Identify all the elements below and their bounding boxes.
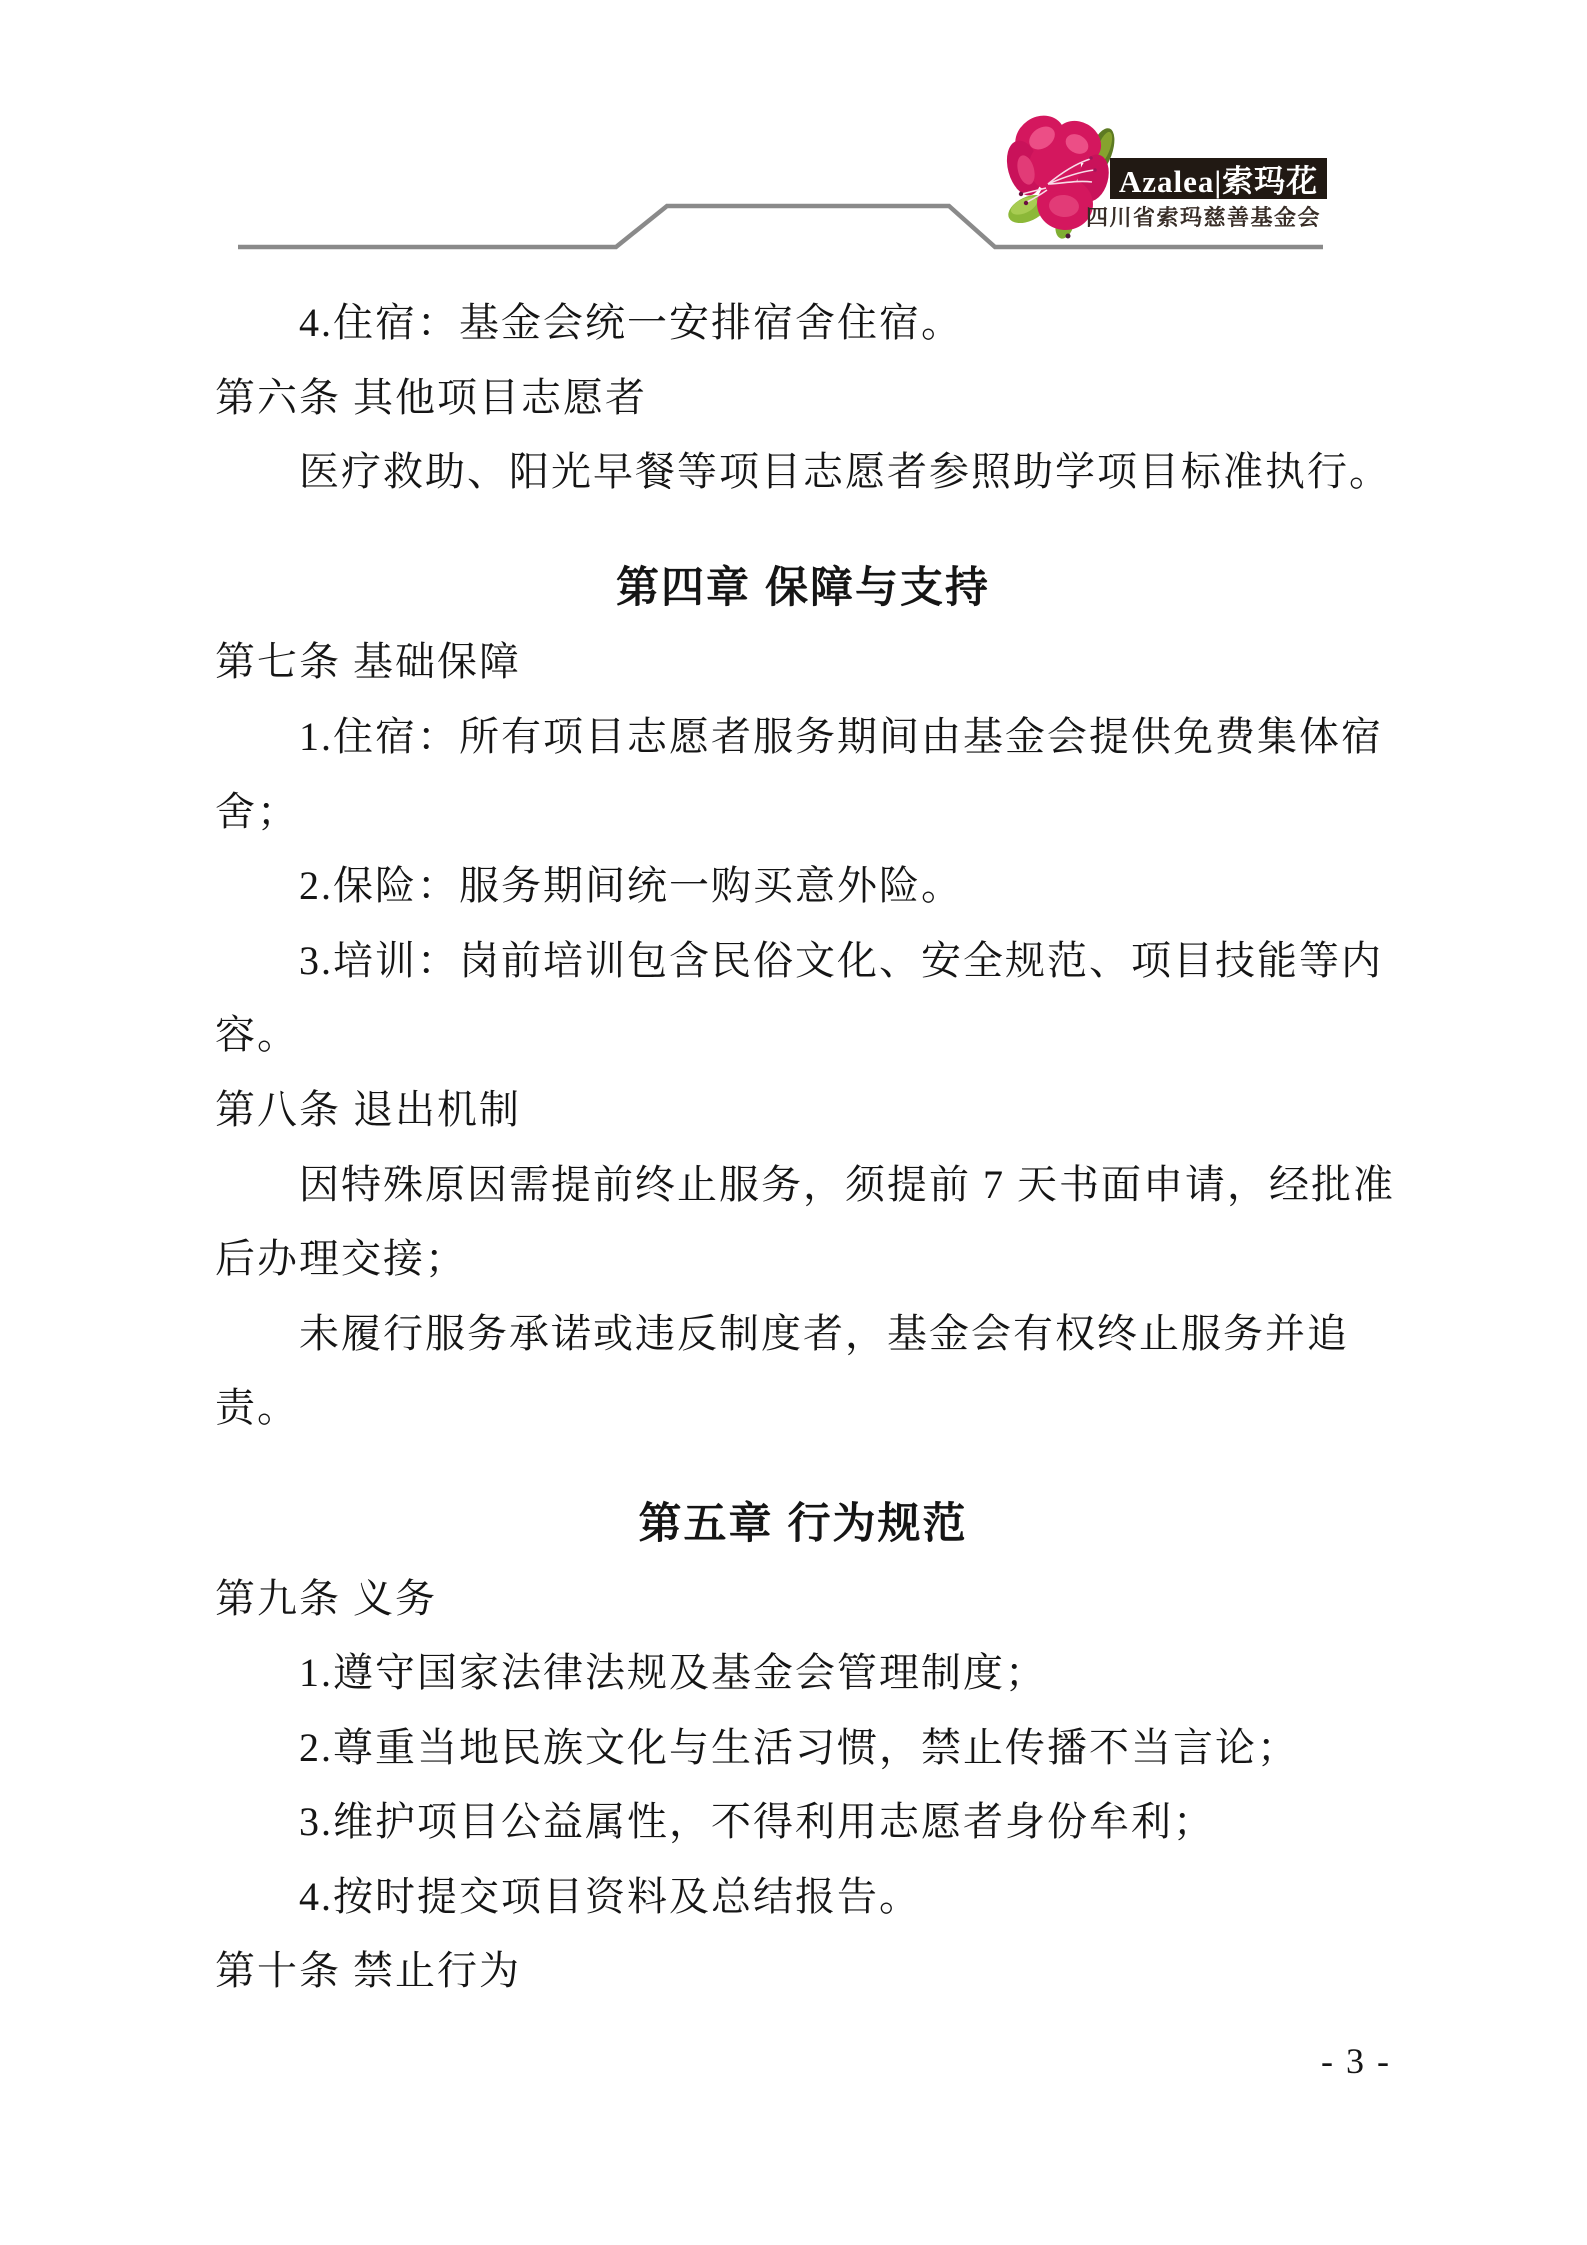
body-line: 医疗救助、阳光早餐等项目志愿者参照助学项目标准执行。 xyxy=(215,435,1391,510)
article-heading: 第六条 其他项目志愿者 xyxy=(215,361,1391,436)
document-body: 4.住宿：基金会统一安排宿舍住宿。 第六条 其他项目志愿者 医疗救助、阳光早餐等… xyxy=(215,286,1391,2009)
body-line: 舍； xyxy=(215,775,1391,850)
body-line: 未履行服务承诺或违反制度者，基金会有权终止服务并追 xyxy=(215,1297,1391,1372)
body-line: 1.遵守国家法律法规及基金会管理制度； xyxy=(215,1636,1391,1711)
body-line: 3.培训：岗前培训包含民俗文化、安全规范、项目技能等内 xyxy=(215,924,1391,999)
body-line: 责。 xyxy=(215,1371,1391,1446)
body-line: 容。 xyxy=(215,998,1391,1073)
article-heading: 第八条 退出机制 xyxy=(215,1073,1391,1148)
chapter-heading: 第五章 行为规范 xyxy=(215,1487,1391,1562)
document-page: Azalea|索玛花 四川省索玛慈善基金会 4.住宿：基金会统一安排宿舍住宿。 … xyxy=(0,0,1587,2245)
body-line: 2.保险：服务期间统一购买意外险。 xyxy=(215,849,1391,924)
logo-brand-text: Azalea|索玛花 xyxy=(1119,156,1318,201)
body-line: 4.住宿：基金会统一安排宿舍住宿。 xyxy=(215,286,1391,361)
body-line: 4.按时提交项目资料及总结报告。 xyxy=(215,1860,1391,1935)
body-line: 2.尊重当地民族文化与生活习惯，禁止传播不当言论； xyxy=(215,1711,1391,1786)
logo-org-name: 四川省索玛慈善基金会 xyxy=(1086,201,1326,232)
body-line: 3.维护项目公益属性，不得利用志愿者身份牟利； xyxy=(215,1785,1391,1860)
body-line: 后办理交接； xyxy=(215,1222,1391,1297)
page-number: - 3 - xyxy=(215,2040,1391,2082)
chapter-heading: 第四章 保障与支持 xyxy=(215,551,1391,626)
header-divider-line xyxy=(0,0,1587,260)
article-heading: 第十条 禁止行为 xyxy=(215,1934,1391,2009)
logo-brand-box: Azalea|索玛花 xyxy=(1110,158,1327,199)
article-heading: 第九条 义务 xyxy=(215,1562,1391,1637)
body-line: 1.住宿：所有项目志愿者服务期间由基金会提供免费集体宿 xyxy=(215,700,1391,775)
article-heading: 第七条 基础保障 xyxy=(215,625,1391,700)
body-line: 因特殊原因需提前终止服务，须提前 7 天书面申请，经批准 xyxy=(215,1148,1391,1223)
